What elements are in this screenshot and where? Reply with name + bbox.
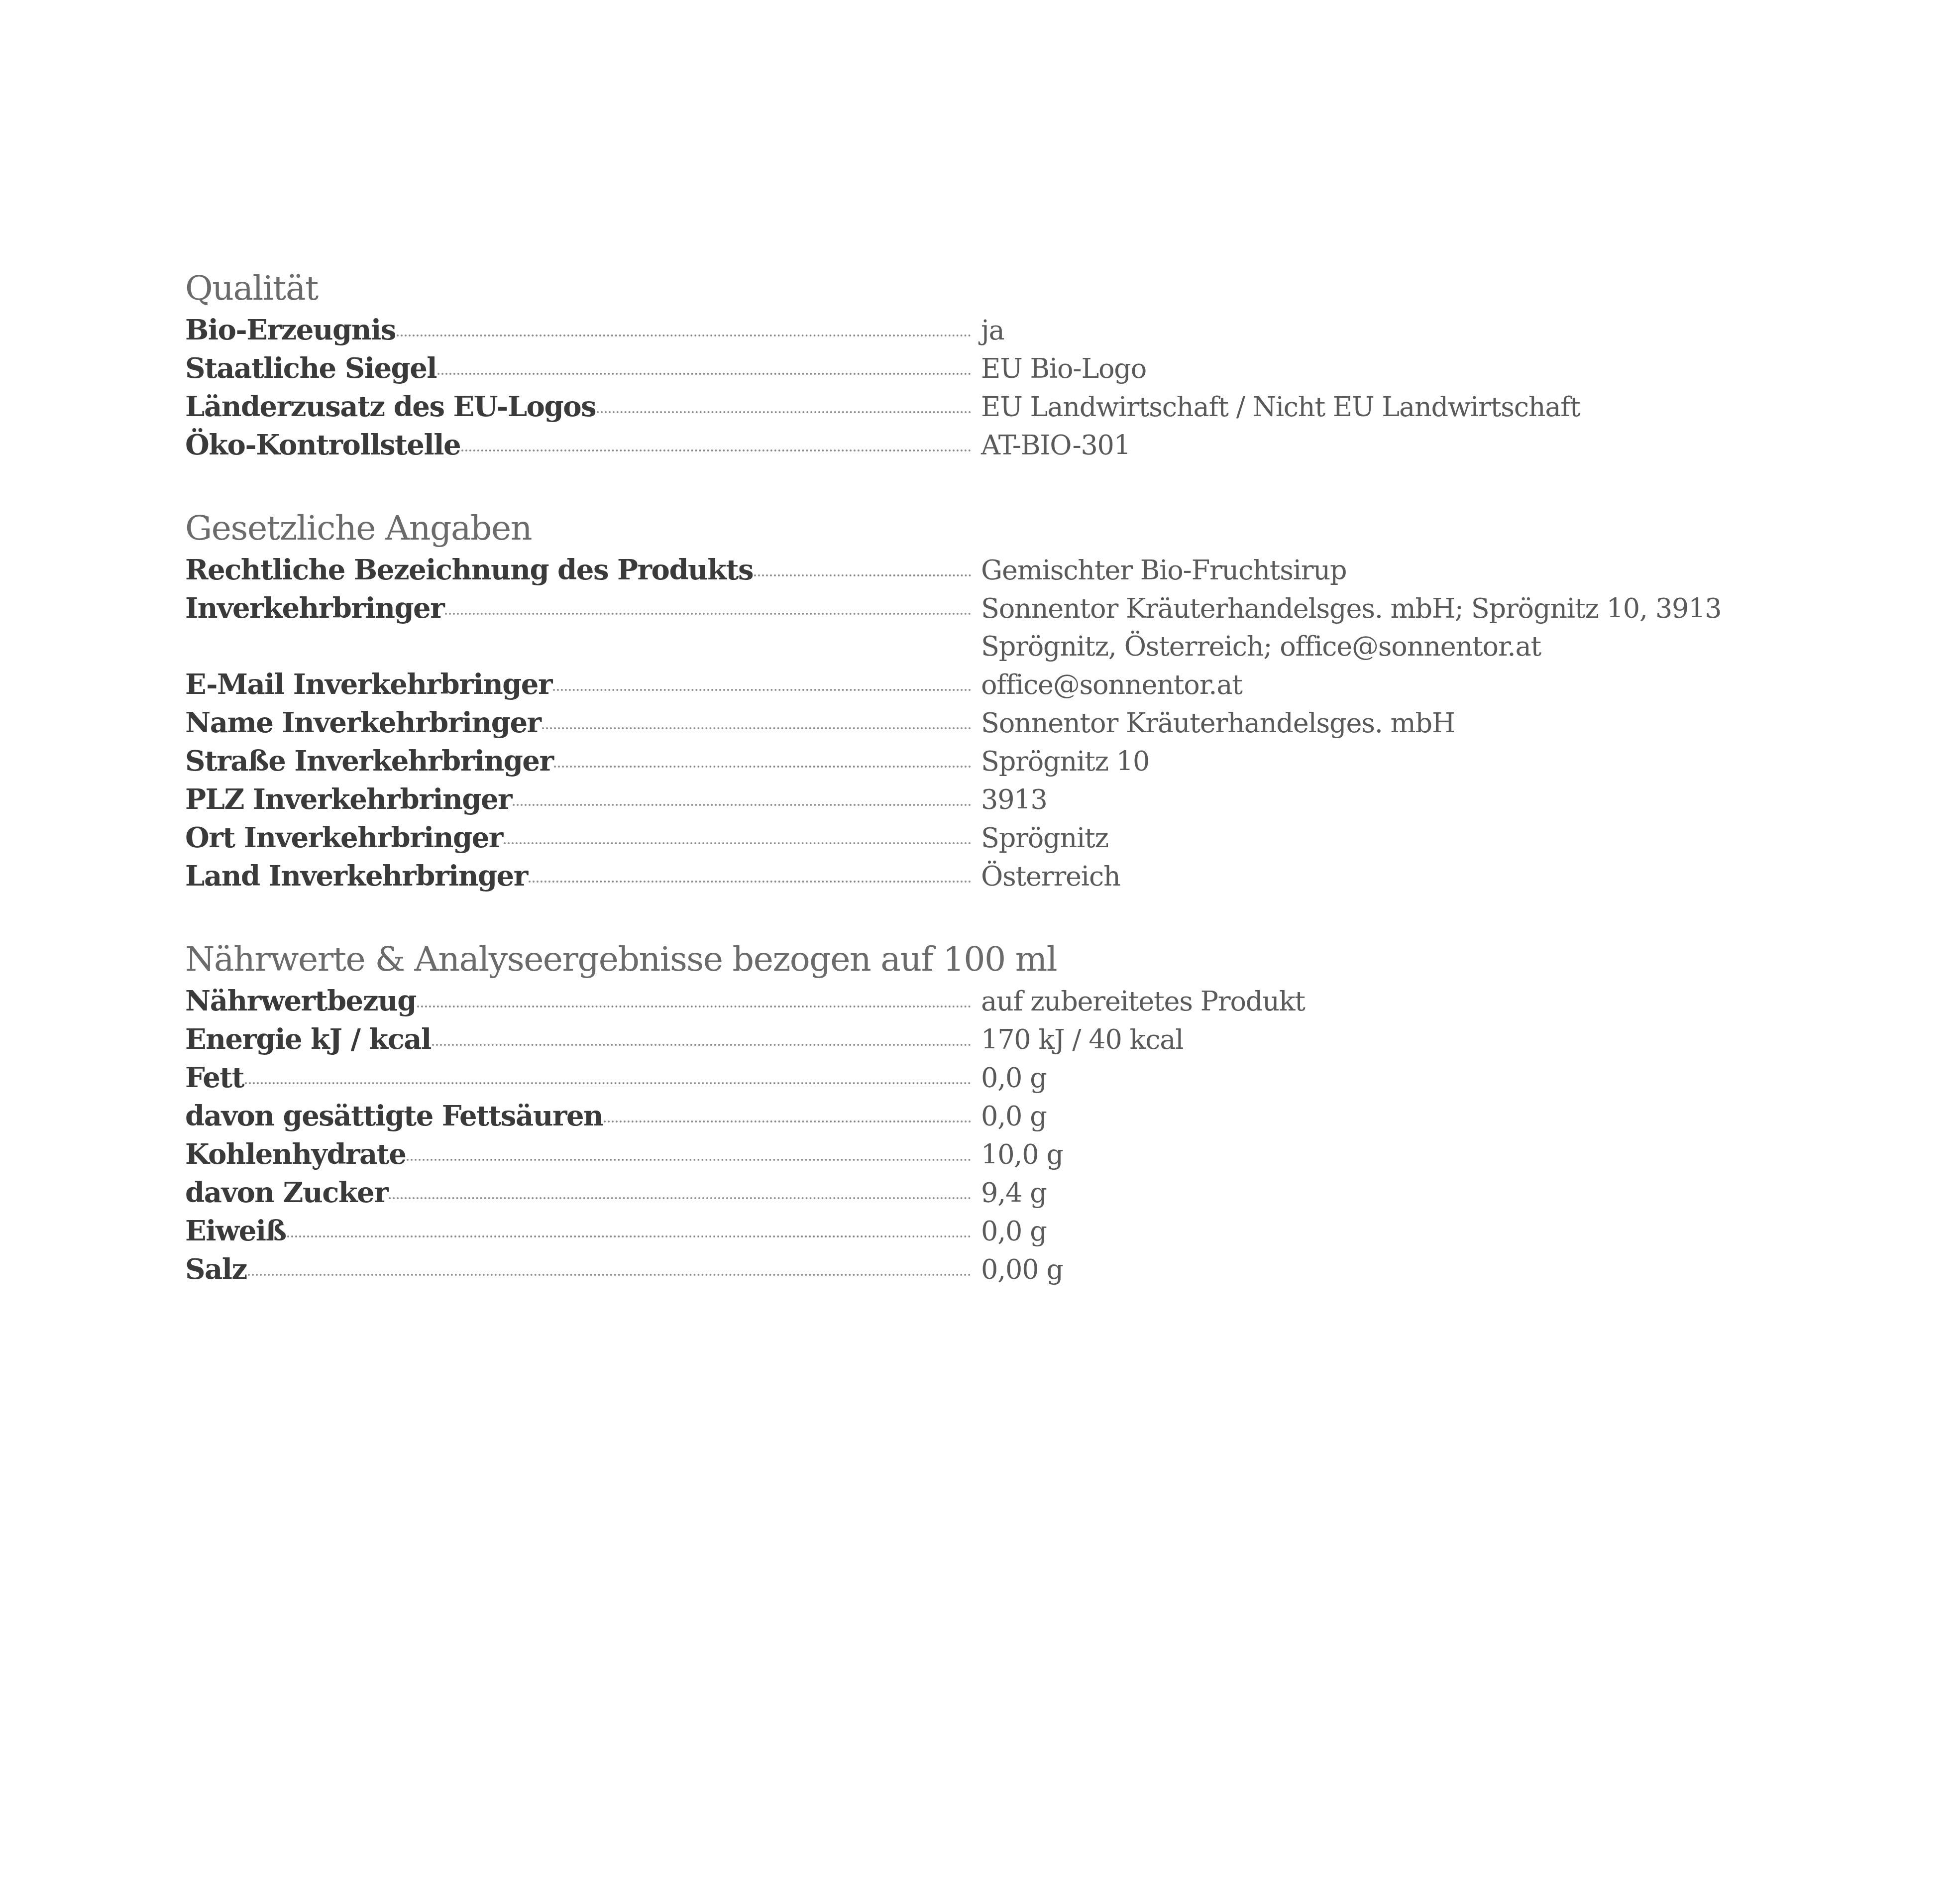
dot-leader bbox=[754, 574, 971, 576]
dot-leader bbox=[542, 727, 971, 729]
section-title: Nährwerte & Analyseergebnisse bezogen au… bbox=[185, 937, 1877, 982]
row-label: davon gesättigte Fettsäuren bbox=[185, 1097, 603, 1135]
spec-row-name-inverkehrbringer: Name Inverkehrbringer Sonnentor Kräuterh… bbox=[185, 704, 1877, 742]
row-label: davon Zucker bbox=[185, 1174, 388, 1212]
row-value: 3913 bbox=[974, 781, 1827, 819]
row-label: Staatliche Siegel bbox=[185, 349, 436, 387]
row-value: auf zubereitetes Produkt bbox=[974, 983, 1827, 1020]
row-value: EU Landwirtschaft / Nicht EU Landwirtsch… bbox=[974, 388, 1827, 426]
section-nutrition: Nährwerte & Analyseergebnisse bezogen au… bbox=[185, 937, 1877, 1289]
row-value: Sprögnitz bbox=[974, 819, 1827, 857]
section-legal-info: Gesetzliche Angaben Rechtliche Bezeichnu… bbox=[185, 506, 1877, 895]
dot-leader bbox=[604, 1120, 971, 1122]
dot-leader bbox=[287, 1235, 971, 1237]
row-label: Fett bbox=[185, 1059, 244, 1097]
spec-row-laenderzusatz: Länderzusatz des EU-Logos EU Landwirtsch… bbox=[185, 388, 1877, 426]
row-label: PLZ Inverkehrbringer bbox=[185, 781, 512, 818]
dot-leader bbox=[461, 449, 971, 451]
row-value: AT-BIO-301 bbox=[974, 427, 1827, 464]
row-label: E-Mail Inverkehrbringer bbox=[185, 666, 552, 703]
row-label: Eiweiß bbox=[185, 1212, 286, 1250]
row-value: Gemischter Bio-Fruchtsirup bbox=[974, 552, 1827, 589]
row-value: EU Bio-Logo bbox=[974, 350, 1827, 388]
row-label: Nährwertbezug bbox=[185, 982, 416, 1020]
spec-row-fett: Fett 0,0 g bbox=[185, 1059, 1877, 1097]
row-value: 0,00 g bbox=[974, 1251, 1827, 1289]
row-label: Bio-Erzeugnis bbox=[185, 311, 396, 349]
spec-row-zucker: davon Zucker 9,4 g bbox=[185, 1174, 1877, 1212]
spec-row-eiweiss: Eiweiß 0,0 g bbox=[185, 1212, 1877, 1250]
row-value: Sonnentor Kräuterhandelsges. mbH; Sprögn… bbox=[974, 590, 1827, 666]
spec-row-energie: Energie kJ / kcal 170 kJ / 40 kcal bbox=[185, 1020, 1877, 1059]
row-label: Name Inverkehrbringer bbox=[185, 704, 541, 742]
spec-row-oeko-kontrollstelle: Öko-Kontrollstelle AT-BIO-301 bbox=[185, 426, 1877, 464]
dot-leader bbox=[504, 842, 971, 844]
spec-row-naehrwertbezug: Nährwertbezug auf zubereitetes Produkt bbox=[185, 982, 1877, 1020]
row-label: Salz bbox=[185, 1250, 247, 1288]
spec-row-gesaettigte-fettsaeuren: davon gesättigte Fettsäuren 0,0 g bbox=[185, 1097, 1877, 1135]
spec-row-email-inverkehrbringer: E-Mail Inverkehrbringer office@sonnentor… bbox=[185, 666, 1877, 704]
dot-leader bbox=[529, 881, 971, 883]
row-value: Sprögnitz 10 bbox=[974, 743, 1827, 781]
spec-row-strasse-inverkehrbringer: Straße Inverkehrbringer Sprögnitz 10 bbox=[185, 742, 1877, 781]
dot-leader bbox=[554, 766, 971, 768]
spec-row-salz: Salz 0,00 g bbox=[185, 1250, 1877, 1289]
dot-leader bbox=[248, 1274, 971, 1276]
row-value: office@sonnentor.at bbox=[974, 666, 1827, 704]
row-value: 0,0 g bbox=[974, 1213, 1827, 1250]
row-value: 0,0 g bbox=[974, 1098, 1827, 1135]
dot-leader bbox=[389, 1197, 971, 1199]
dot-leader bbox=[432, 1044, 971, 1046]
row-label: Land Inverkehrbringer bbox=[185, 857, 528, 895]
spec-row-plz-inverkehrbringer: PLZ Inverkehrbringer 3913 bbox=[185, 781, 1877, 819]
spec-row-kohlenhydrate: Kohlenhydrate 10,0 g bbox=[185, 1135, 1877, 1174]
row-value: Sonnentor Kräuterhandelsges. mbH bbox=[974, 704, 1827, 742]
dot-leader bbox=[597, 411, 971, 413]
spec-row-bio-erzeugnis: Bio-Erzeugnis ja bbox=[185, 311, 1877, 349]
row-value: Österreich bbox=[974, 858, 1827, 895]
row-value: 170 kJ / 40 kcal bbox=[974, 1021, 1827, 1059]
spec-row-staatliche-siegel: Staatliche Siegel EU Bio-Logo bbox=[185, 349, 1877, 388]
row-label: Kohlenhydrate bbox=[185, 1135, 406, 1173]
row-value: 10,0 g bbox=[974, 1136, 1827, 1174]
row-label: Ort Inverkehrbringer bbox=[185, 819, 503, 857]
spec-row-rechtliche-bezeichnung: Rechtliche Bezeichnung des Produkts Gemi… bbox=[185, 551, 1877, 589]
row-label: Energie kJ / kcal bbox=[185, 1020, 431, 1058]
dot-leader bbox=[397, 335, 971, 336]
dot-leader bbox=[245, 1082, 971, 1084]
row-label: Länderzusatz des EU-Logos bbox=[185, 388, 596, 426]
section-title: Qualität bbox=[185, 266, 1877, 311]
product-spec-document: Qualität Bio-Erzeugnis ja Staatliche Sie… bbox=[185, 266, 1877, 1331]
dot-leader bbox=[513, 804, 971, 806]
dot-leader bbox=[437, 373, 971, 375]
row-value: 9,4 g bbox=[974, 1174, 1827, 1212]
row-label: Öko-Kontrollstelle bbox=[185, 426, 460, 464]
dot-leader bbox=[407, 1159, 971, 1161]
row-label: Straße Inverkehrbringer bbox=[185, 742, 553, 780]
row-label: Rechtliche Bezeichnung des Produkts bbox=[185, 551, 753, 589]
spec-row-ort-inverkehrbringer: Ort Inverkehrbringer Sprögnitz bbox=[185, 819, 1877, 857]
dot-leader bbox=[445, 613, 971, 615]
section-quality: Qualität Bio-Erzeugnis ja Staatliche Sie… bbox=[185, 266, 1877, 464]
section-title: Gesetzliche Angaben bbox=[185, 506, 1877, 551]
row-value: ja bbox=[974, 312, 1827, 349]
row-value: 0,0 g bbox=[974, 1059, 1827, 1097]
spec-row-inverkehrbringer: Inverkehrbringer Sonnentor Kräuterhandel… bbox=[185, 589, 1877, 666]
spec-row-land-inverkehrbringer: Land Inverkehrbringer Österreich bbox=[185, 857, 1877, 895]
dot-leader bbox=[553, 689, 971, 691]
row-label: Inverkehrbringer bbox=[185, 589, 444, 627]
dot-leader bbox=[417, 1006, 971, 1007]
